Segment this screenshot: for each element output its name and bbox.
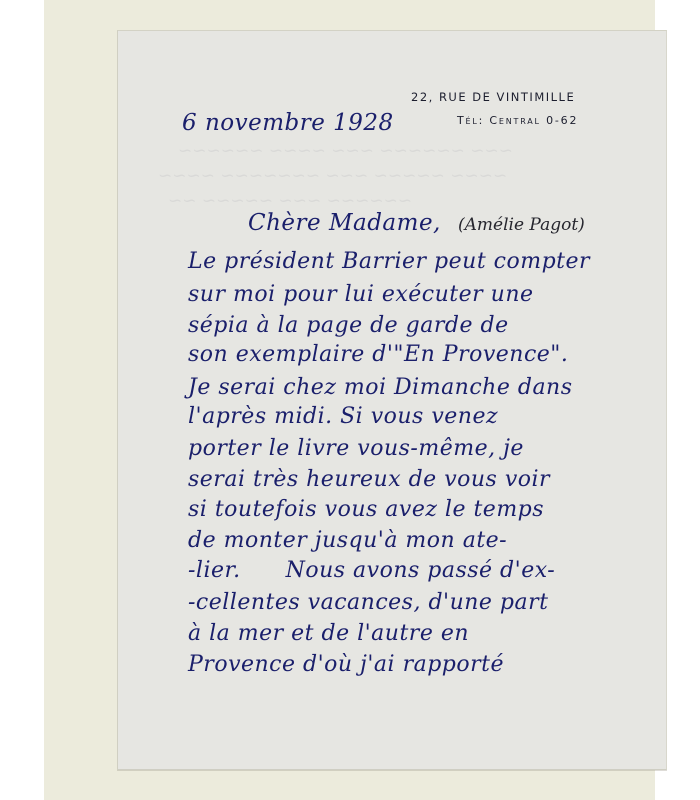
letter-line: à la mer et de l'autre en [188, 621, 469, 646]
letter-line: son exemplaire d'"En Provence". [188, 342, 568, 367]
letter-date: 6 novembre 1928 [182, 110, 394, 136]
letter-sheet: ~~~ ~~~~~~ ~~~ ~~~~ ~~~~~~ ~~~~ ~~~~~ ~~… [117, 30, 667, 770]
show-through-text: ~~~~ ~~~~~ ~~~ ~~~~~~~ ~~~~ [158, 166, 507, 186]
letter-line: Provence d'où j'ai rapporté [188, 652, 504, 677]
recipient-annotation: (Amélie Pagot) [458, 215, 585, 235]
show-through-text: ~~~ ~~~~~~ ~~~ ~~~~ ~~~~~~ [178, 141, 513, 161]
letter-line: Le président Barrier peut compter [188, 249, 590, 274]
letter-line: sépia à la page de garde de [188, 313, 509, 338]
letterhead-phone: Tél: Central 0-62 [457, 114, 578, 127]
letter-line: -lier. Nous avons passé d'ex- [188, 558, 555, 583]
letter-line: si toutefois vous avez le temps [188, 497, 544, 522]
letter-line: Je serai chez moi Dimanche dans [188, 375, 573, 400]
letterhead-address: 22, RUE DE VINTIMILLE [411, 90, 575, 104]
show-through-text: ~~~~~~ ~~~ ~~~~~ ~~ [168, 191, 412, 211]
letter-line: sur moi pour lui exécuter une [188, 282, 534, 307]
letter-line: serai très heureux de vous voir [188, 467, 550, 492]
letter-line: porter le livre vous-même, je [188, 436, 524, 461]
letter-line: de monter jusqu'à mon ate- [188, 528, 507, 553]
letter-salutation: Chère Madame, [248, 210, 441, 236]
letter-line: -cellentes vacances, d'une part [188, 590, 549, 615]
mounting-mat: ~~~ ~~~~~~ ~~~ ~~~~ ~~~~~~ ~~~~ ~~~~~ ~~… [44, 0, 655, 800]
letter-line: l'après midi. Si vous venez [188, 404, 498, 429]
